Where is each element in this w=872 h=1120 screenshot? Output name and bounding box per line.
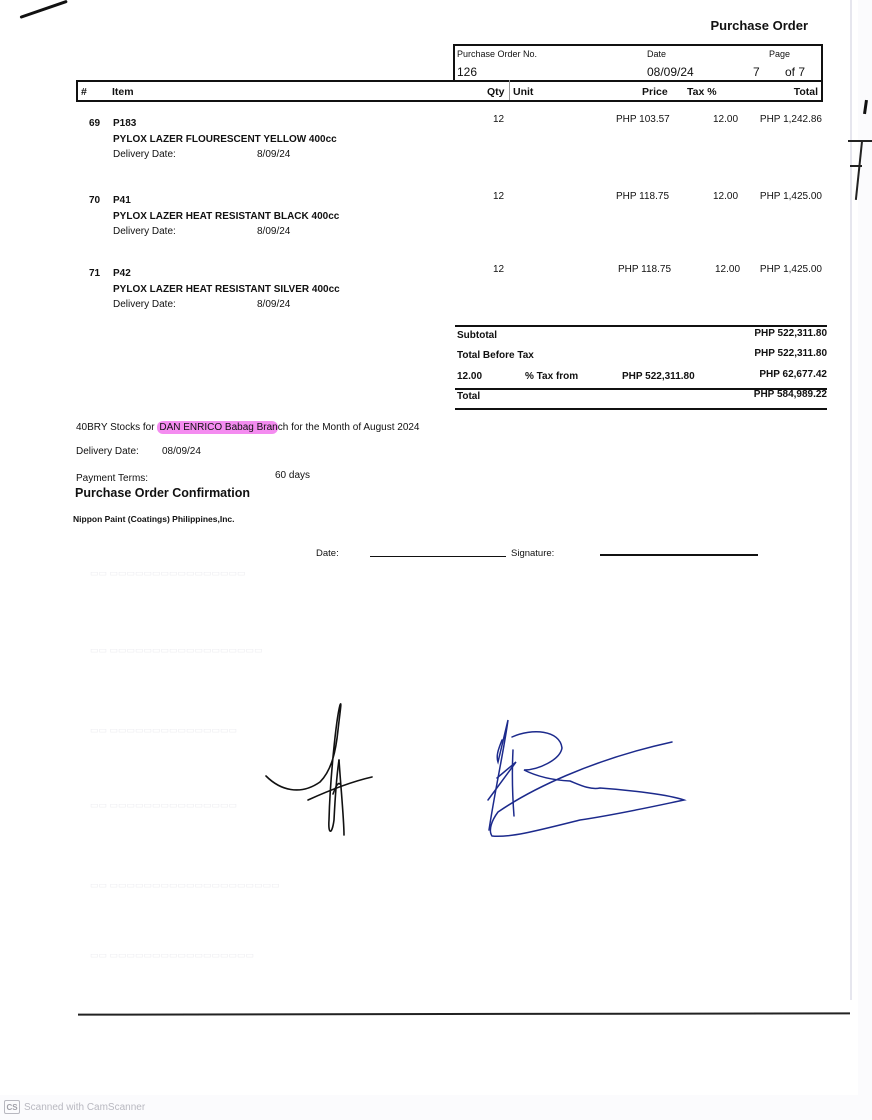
column-divider [509,80,510,100]
page-label: Page [769,49,790,59]
delivery-date-label: Delivery Date: [76,446,139,457]
item-price: PHP 118.75 [618,264,671,275]
totals-top-rule [455,325,827,327]
item-total: PHP 1,425.00 [760,264,822,275]
highlighted-branch: DAN ENRICO Babag Bran [157,421,277,434]
col-tax: Tax % [687,86,717,98]
bleed-through-text: ▭▭ ▭▭▭▭▭▭▭▭▭▭▭▭▭▭▭ [90,800,237,811]
po-info-box: Purchase Order No. 126 Date 08/09/24 Pag… [453,44,823,80]
date-underline [370,556,506,557]
delivery-date: 8/09/24 [257,226,290,237]
tax-row: 12.00 % Tax from PHP 522,311.80 PHP 62,6… [457,371,827,387]
item-code: P42 [113,268,131,279]
total-value: PHP 584,989.22 [754,389,827,400]
tax-rate: 12.00 [457,371,482,382]
tax-from-label: % Tax from [525,371,578,382]
item-description: PYLOX LAZER FLOURESCENT YELLOW 400cc [113,134,337,145]
delivery-date-label: Delivery Date: [113,226,176,237]
col-total: Total [794,86,818,98]
delivery-date: 8/09/24 [257,299,290,310]
table-row: 71 P42 PYLOX LAZER HEAT RESISTANT SILVER… [76,268,836,318]
tax-base: PHP 522,311.80 [622,371,695,382]
delivery-date-label: Delivery Date: [113,299,176,310]
delivery-date: 08/09/24 [162,446,201,457]
subtotal-value: PHP 522,311.80 [754,328,827,339]
item-qty: 12 [493,191,504,202]
subtotal-label: Subtotal [457,330,497,341]
page-current: 7 [753,65,760,79]
before-tax-value: PHP 522,311.80 [754,348,827,359]
payment-terms-label: Payment Terms: [76,473,148,484]
signature-label: Signature: [511,548,554,559]
item-tax: 12.00 [713,191,738,202]
page-total: of 7 [785,65,805,79]
before-tax-row: Total Before Tax PHP 522,311.80 [457,350,827,366]
bleed-through-text: ▭▭ ▭▭▭▭▭▭▭▭▭▭▭▭▭▭▭▭ [90,568,246,579]
camscanner-watermark: CS Scanned with CamScanner [4,1100,145,1114]
edge-mark [855,140,863,200]
col-qty: Qty [487,86,505,98]
col-unit: Unit [513,86,533,98]
camscanner-logo-icon: CS [4,1100,20,1114]
item-qty: 12 [493,114,504,125]
item-qty: 12 [493,264,504,275]
line-number: 71 [89,268,100,279]
subtotal-row: Subtotal PHP 522,311.80 [457,330,827,346]
tax-amount: PHP 62,677.42 [759,369,827,380]
scanned-page: Purchase Order Purchase Order No. 126 Da… [0,0,858,1095]
confirmation-heading: Purchase Order Confirmation [75,486,250,500]
item-price: PHP 103.57 [616,114,670,125]
po-number: 126 [457,65,477,79]
table-row: 69 P183 PYLOX LAZER FLOURESCENT YELLOW 4… [76,118,836,168]
po-date: 08/09/24 [647,65,694,79]
signature-black [266,704,372,835]
date-label: Date [647,49,666,59]
delivery-date: 8/09/24 [257,149,290,160]
item-description: PYLOX LAZER HEAT RESISTANT BLACK 400cc [113,211,339,222]
handwritten-signatures [240,690,720,850]
table-header: # Item Qty Unit Price Tax % Total [76,80,823,102]
item-code: P183 [113,118,136,129]
line-number: 70 [89,195,100,206]
grand-total-row: Total PHP 584,989.22 [457,391,827,407]
total-label: Total [457,391,480,402]
bleed-through-text: ▭▭ ▭▭▭▭▭▭▭▭▭▭▭▭▭▭▭ [90,725,237,736]
item-code: P41 [113,195,131,206]
bottom-rule [78,1012,850,1015]
po-number-label: Purchase Order No. [457,49,537,59]
edge-mark [863,100,868,114]
item-tax: 12.00 [715,264,740,275]
remark-suffix: ch for the Month of August 2024 [278,422,420,433]
remark-prefix: 40BRY Stocks for [76,422,157,433]
signature-underline [600,554,758,556]
item-tax: 12.00 [713,114,738,125]
bleed-through-text: ▭▭ ▭▭▭▭▭▭▭▭▭▭▭▭▭▭▭▭▭▭ [90,645,263,656]
page-edge [850,0,852,1000]
signature-blue [488,720,684,836]
line-number: 69 [89,118,100,129]
table-row: 70 P41 PYLOX LAZER HEAT RESISTANT BLACK … [76,195,836,245]
pen-mark [20,0,68,19]
company-name: Nippon Paint (Coatings) Philippines,Inc. [73,514,235,524]
item-price: PHP 118.75 [616,191,669,202]
remark-line: 40BRY Stocks for DAN ENRICO Babag Branch… [76,422,420,433]
before-tax-label: Total Before Tax [457,350,534,361]
col-item: Item [112,86,134,98]
payment-terms-value: 60 days [275,470,310,481]
document-title: Purchase Order [710,18,808,33]
bleed-through-text: ▭▭ ▭▭▭▭▭▭▭▭▭▭▭▭▭▭▭▭▭ [90,950,254,961]
edge-mark [850,165,862,167]
item-description: PYLOX LAZER HEAT RESISTANT SILVER 400cc [113,284,340,295]
signature-date-label: Date: [316,548,339,559]
delivery-date-label: Delivery Date: [113,149,176,160]
item-total: PHP 1,425.00 [760,191,822,202]
col-price: Price [642,86,668,98]
col-num: # [81,86,87,98]
item-total: PHP 1,242.86 [760,114,822,125]
totals-bottom-rule [455,408,827,410]
bleed-through-text: ▭▭ ▭▭▭▭▭▭▭▭▭▭▭▭▭▭▭▭▭▭▭▭ [90,880,280,891]
watermark-text: Scanned with CamScanner [24,1102,145,1113]
